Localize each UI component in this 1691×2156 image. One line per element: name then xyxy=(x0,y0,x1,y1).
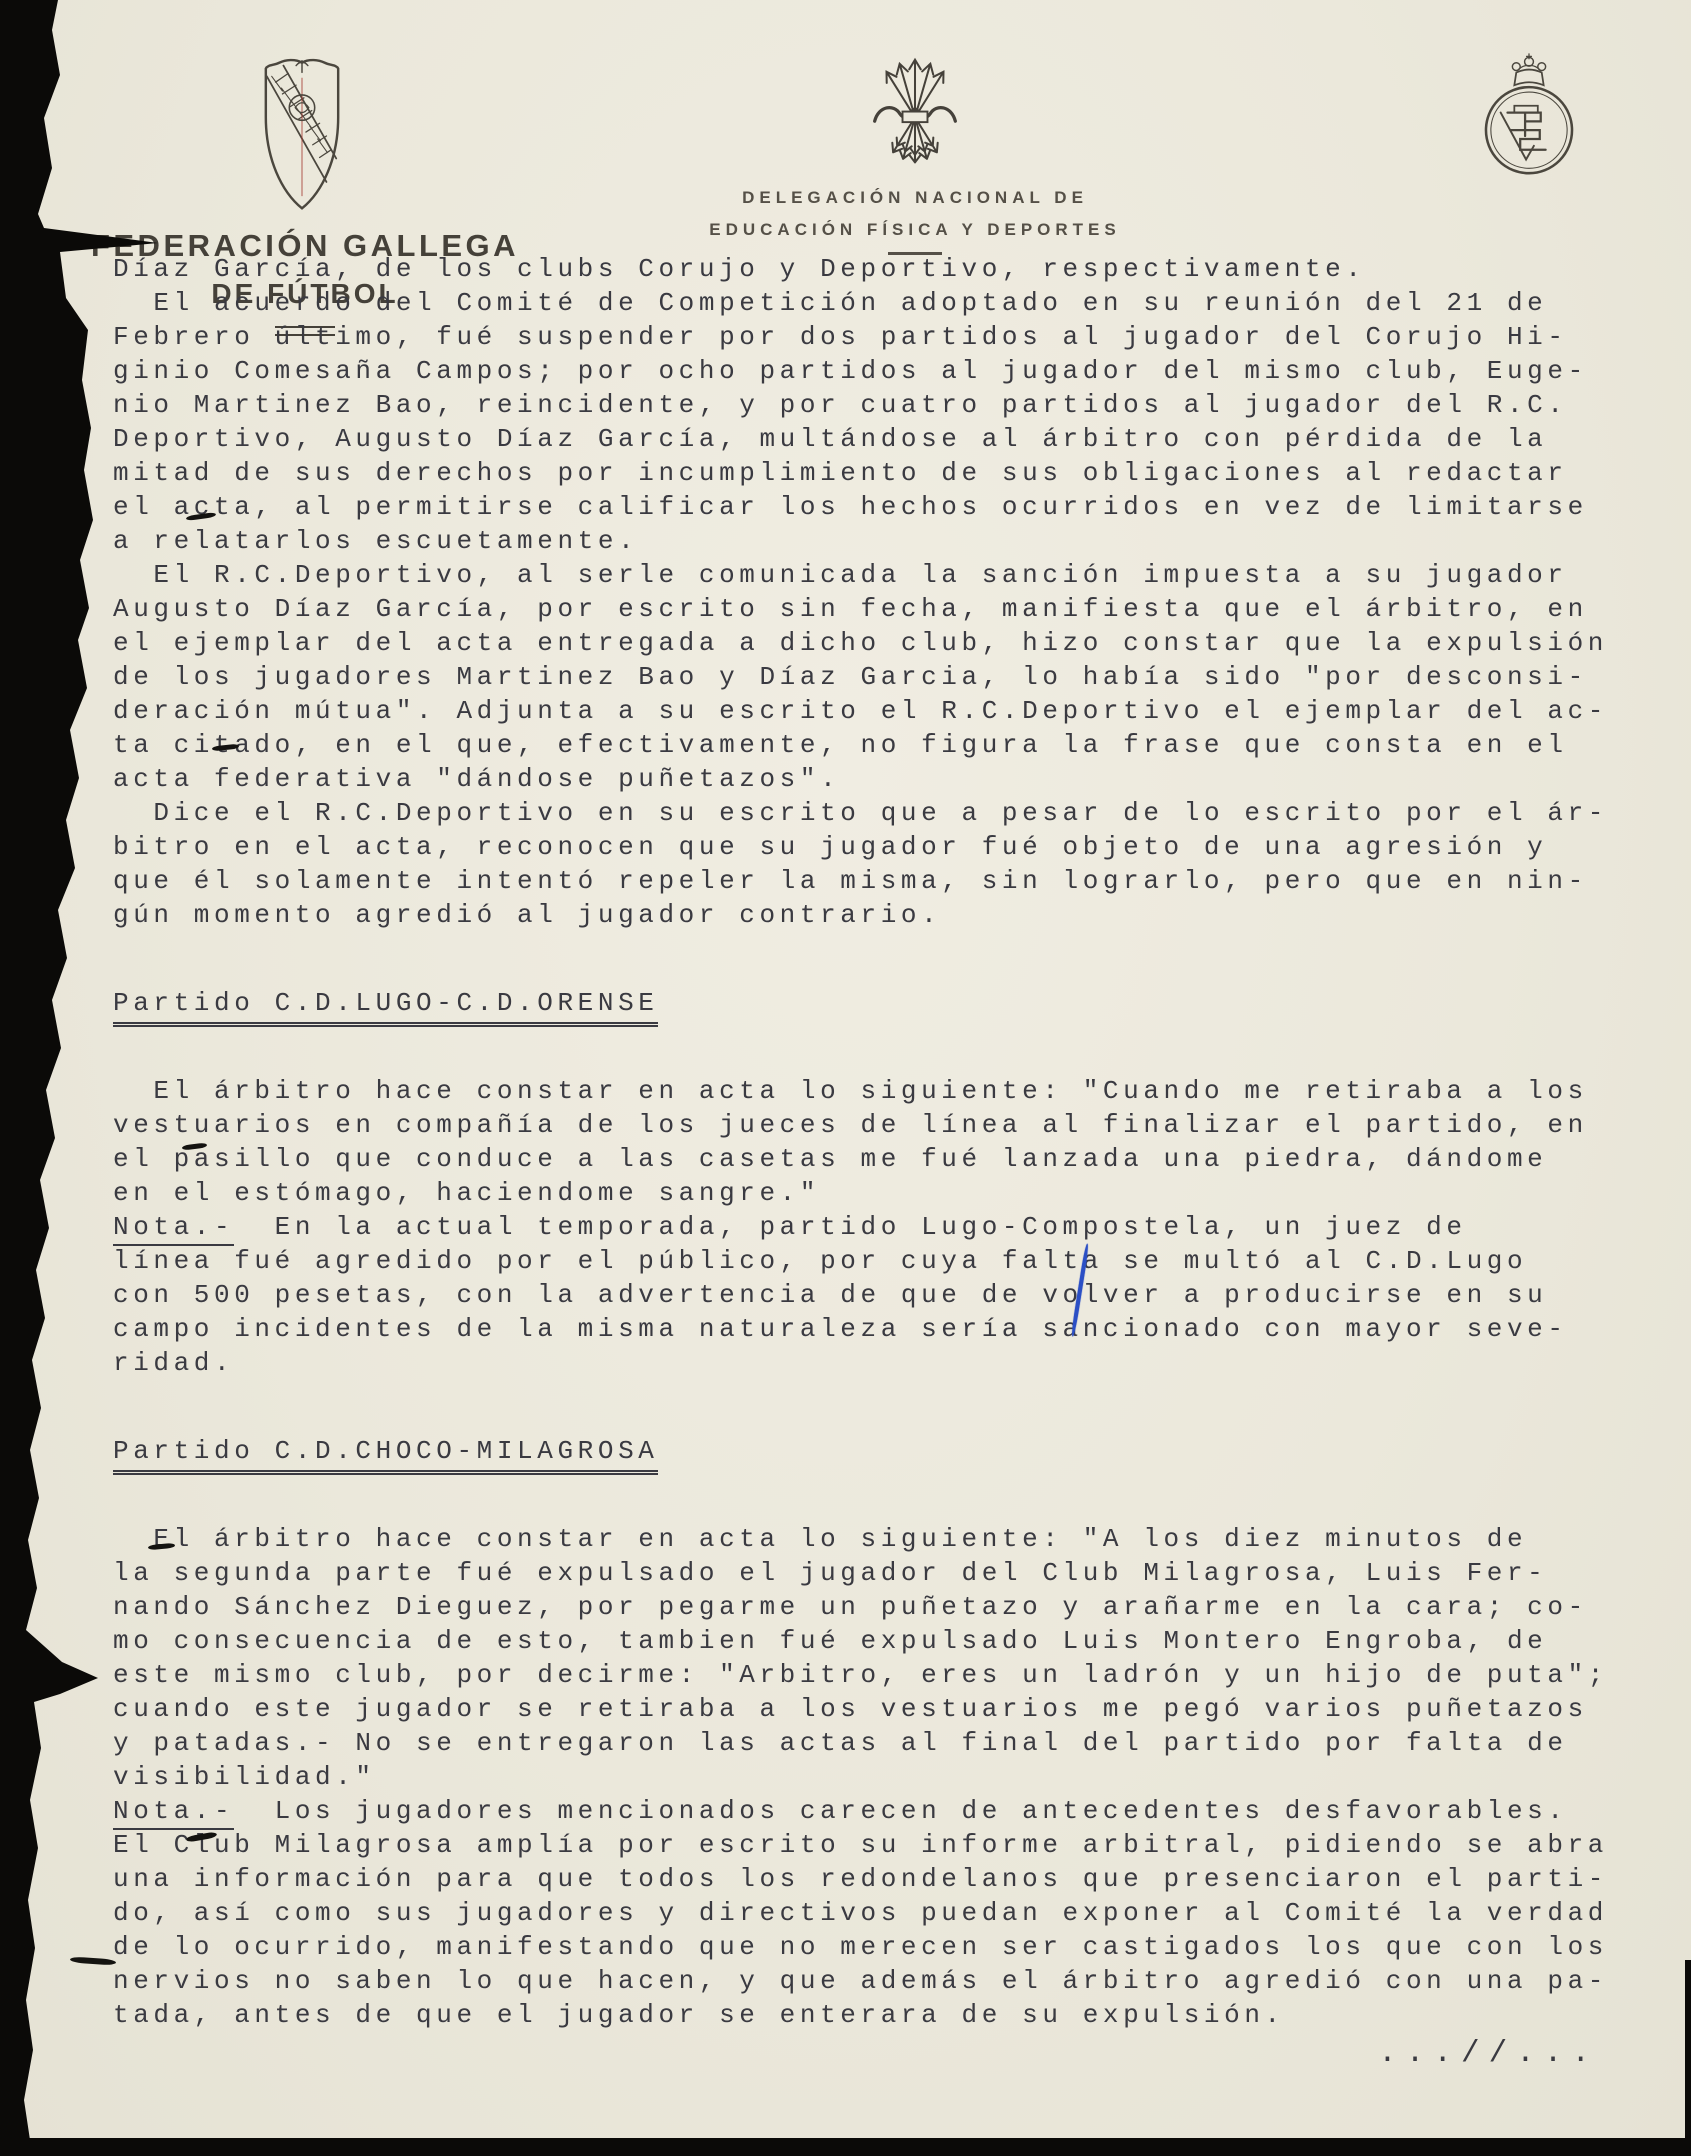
scan-bottom-edge xyxy=(0,2138,1691,2156)
letterhead-center: DELEGACIÓN NACIONAL DE EDUCACIÓN FÍSICA … xyxy=(630,56,1200,255)
scanned-document-page: FEDERACIÓN GALLEGA DE FÚTBOL DELEGACIÓN … xyxy=(0,0,1691,2156)
scan-right-edge xyxy=(1685,1960,1691,2156)
paragraph-nota-choco: Nota.- Los jugadores mencionados carecen… xyxy=(113,1794,1645,2032)
royal-crest-emblem xyxy=(1474,50,1584,182)
paragraph-continuation: Díaz García, de los clubs Corujo y Depor… xyxy=(113,252,1645,286)
paragraph-nota-lugo: Nota.- En la actual temporada, partido L… xyxy=(113,1210,1645,1380)
paragraph-acuerdo-comite: El acuerdo del Comité de Competición ado… xyxy=(113,286,1645,558)
paragraph-dice-deportivo: Dice el R.C.Deportivo en su escrito que … xyxy=(113,796,1645,932)
paragraph-deportivo-escrito: El R.C.Deportivo, al serle comunicada la… xyxy=(113,558,1645,796)
continuation-mark: ...//... xyxy=(1378,2036,1599,2071)
typewritten-body: Díaz García, de los clubs Corujo y Depor… xyxy=(113,252,1645,2032)
yoke-and-arrows-emblem xyxy=(867,56,963,170)
delegation-line2: EDUCACIÓN FÍSICA Y DEPORTES xyxy=(630,220,1200,240)
nota-choco-text: Los jugadores mencionados carecen de ant… xyxy=(113,1796,1608,2030)
paragraph-arbitro-lugo: El árbitro hace constar en acta lo sigui… xyxy=(113,1074,1645,1210)
torn-paper-edge xyxy=(0,0,190,2156)
delegation-line1: DELEGACIÓN NACIONAL DE xyxy=(630,188,1200,208)
section-heading-lugo-orense: Partido C.D.LUGO-C.D.ORENSE xyxy=(113,986,1645,1020)
nota-lugo-text: En la actual temporada, partido Lugo-Com… xyxy=(113,1212,1568,1378)
federation-shield-logo xyxy=(258,56,346,214)
paragraph-arbitro-choco: El árbitro hace constar en acta lo sigui… xyxy=(113,1522,1645,1794)
section-heading-choco-milagrosa: Partido C.D.CHOCO-MILAGROSA xyxy=(113,1434,1645,1468)
